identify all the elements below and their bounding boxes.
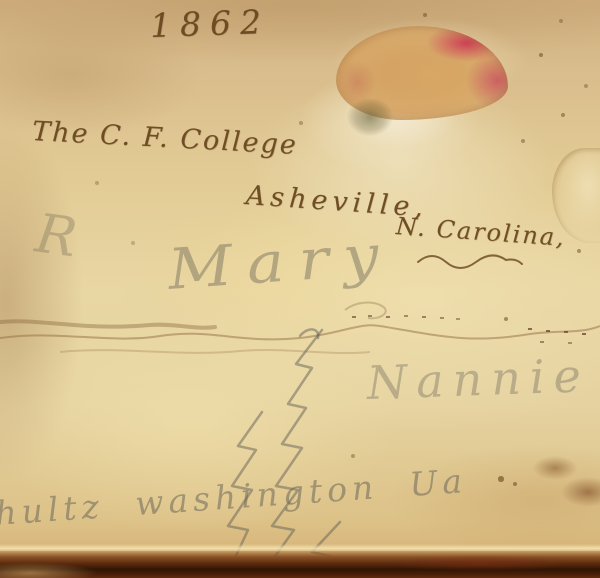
pencil-name-nannie: Nannie [366,348,591,410]
pencil-initial: R [32,201,81,269]
book-board-edge [0,551,600,578]
aged-book-endpaper-photo: 1862 The C. F. College Asheville, N. Car… [0,0,600,578]
